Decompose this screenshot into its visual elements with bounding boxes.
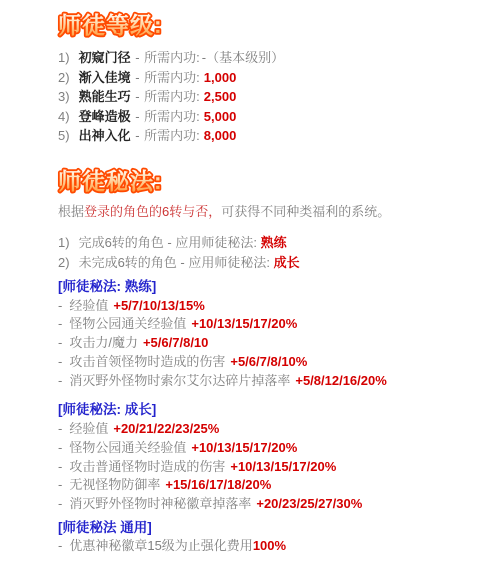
- page: 师徒等级: 1)初窥门径 - 所需内功:-（基本级别） 2)渐入佳境 - 所需内…: [0, 0, 500, 556]
- benefit-label: 攻击力/魔力: [69, 335, 138, 350]
- section-secret-title-text: 师徒秘法:: [58, 168, 163, 194]
- case-row: 2)未完成6转的角色 - 应用师徒秘法: 成长: [58, 253, 500, 273]
- level-name: 渐入佳境: [79, 70, 131, 85]
- benefit-value: +10/13/15/17/20%: [230, 459, 336, 474]
- benefit-row: -怪物公园通关经验值+10/13/15/17/20%: [58, 439, 500, 458]
- section-master-levels: 师徒等级: 1)初窥门径 - 所需内功:-（基本级别） 2)渐入佳境 - 所需内…: [58, 8, 500, 146]
- level-name: 出神入化: [79, 128, 131, 143]
- benefit-value: +5/8/12/16/20%: [295, 373, 386, 388]
- dash-separator: -: [135, 70, 139, 85]
- level-name: 登峰造极: [79, 109, 131, 124]
- benefit-label: 无视怪物防御率: [69, 477, 160, 492]
- level-num: 3): [58, 87, 70, 107]
- level-list: 1)初窥门径 - 所需内功:-（基本级别） 2)渐入佳境 - 所需内功:1,00…: [58, 48, 500, 146]
- dash-bullet: -: [58, 495, 62, 514]
- benefit-row: -无视怪物防御率+15/16/17/18/20%: [58, 476, 500, 495]
- benefit-value: +10/13/15/17/20%: [191, 316, 297, 331]
- benefit-label: 经验值: [69, 298, 108, 313]
- level-requirement-value: 5,000: [204, 109, 237, 124]
- intro-text: 根据登录的角色的6转与否，可获得不同种类福利的系统。: [58, 202, 500, 222]
- intro-post: 可获得不同种类福利的系统。: [221, 204, 390, 219]
- benefit-row: -经验值+20/21/22/23/25%: [58, 420, 500, 439]
- benefit-row: -优惠神秘徽章15级为止强化费用100%: [58, 537, 500, 556]
- benefit-label: 攻击普通怪物时造成的伤害: [69, 459, 225, 474]
- dash-bullet: -: [58, 476, 62, 495]
- level-num: 4): [58, 107, 70, 127]
- dash-separator: -: [135, 89, 139, 104]
- benefit-value: +5/6/7/8/10: [143, 335, 208, 350]
- level-name: 初窥门径: [79, 50, 131, 65]
- level-row: 3)熟能生巧 - 所需内功:2,500: [58, 87, 500, 107]
- level-requirement-value: 1,000: [204, 70, 237, 85]
- level-row: 5)出神入化 - 所需内功:8,000: [58, 126, 500, 146]
- dash-bullet: -: [58, 297, 62, 316]
- benefit-label: 攻击首领怪物时造成的伤害: [69, 354, 225, 369]
- benefit-row: -攻击普通怪物时造成的伤害+10/13/15/17/20%: [58, 458, 500, 477]
- benefit-label: 消灭野外怪物时索尔艾尔达碎片掉落率: [69, 373, 290, 388]
- case-num: 1): [58, 233, 70, 253]
- dash-bullet: -: [58, 372, 62, 391]
- benefit-value: +20/23/25/27/30%: [256, 496, 362, 511]
- section-secret-title: 师徒秘法:: [55, 164, 275, 196]
- benefit-label: 经验值: [69, 421, 108, 436]
- level-num: 5): [58, 126, 70, 146]
- section-levels-title: 师徒等级:: [55, 8, 275, 40]
- benefit-value: 100%: [253, 538, 286, 553]
- benefit-value: +5/7/10/13/15%: [113, 298, 204, 313]
- level-requirement-value: -（基本级别）: [202, 50, 284, 65]
- benefit-value: +20/21/22/23/25%: [113, 421, 219, 436]
- benefit-row: -攻击力/魔力+5/6/7/8/10: [58, 334, 500, 353]
- level-row: 4)登峰造极 - 所需内功:5,000: [58, 107, 500, 127]
- dash-bullet: -: [58, 458, 62, 477]
- group-header: [师徒秘法: 成长]: [58, 400, 500, 420]
- case-keyword: 成长: [274, 255, 300, 270]
- group-header: [师徒秘法 通用]: [58, 518, 500, 538]
- level-requirement-label: 所需内功:: [144, 70, 200, 85]
- section-secret-arts: 师徒秘法: 根据登录的角色的6转与否，可获得不同种类福利的系统。 1)完成6转的…: [58, 164, 500, 557]
- dash-bullet: -: [58, 315, 62, 334]
- benefit-group-mastery: [师徒秘法: 熟练] -经验值+5/7/10/13/15% -怪物公园通关经验值…: [58, 277, 500, 390]
- dash-separator: -: [135, 109, 139, 124]
- dash-bullet: -: [58, 420, 62, 439]
- level-requirement-label: 所需内功:: [144, 128, 200, 143]
- level-requirement-label: 所需内功:: [144, 89, 200, 104]
- case-list: 1)完成6转的角色 - 应用师徒秘法: 熟练 2)未完成6转的角色 - 应用师徒…: [58, 233, 500, 273]
- dash-bullet: -: [58, 537, 62, 556]
- group-header: [师徒秘法: 熟练]: [58, 277, 500, 297]
- benefit-row: -攻击首领怪物时造成的伤害+5/6/7/8/10%: [58, 353, 500, 372]
- case-row: 1)完成6转的角色 - 应用师徒秘法: 熟练: [58, 233, 500, 253]
- benefit-value: +5/6/7/8/10%: [230, 354, 307, 369]
- benefit-group-common: [师徒秘法 通用] -优惠神秘徽章15级为止强化费用100%: [58, 518, 500, 556]
- benefit-row: -消灭野外怪物时索尔艾尔达碎片掉落率+5/8/12/16/20%: [58, 372, 500, 391]
- level-row: 1)初窥门径 - 所需内功:-（基本级别）: [58, 48, 500, 68]
- dash-bullet: -: [58, 334, 62, 353]
- benefit-row: -怪物公园通关经验值+10/13/15/17/20%: [58, 315, 500, 334]
- dash-bullet: -: [58, 439, 62, 458]
- benefit-label: 怪物公园通关经验值: [69, 316, 186, 331]
- benefit-group-growth: [师徒秘法: 成长] -经验值+20/21/22/23/25% -怪物公园通关经…: [58, 400, 500, 513]
- dash-bullet: -: [58, 353, 62, 372]
- level-requirement-value: 2,500: [204, 89, 237, 104]
- case-num: 2): [58, 253, 70, 273]
- level-requirement-label: 所需内功:: [144, 50, 200, 65]
- benefit-row: -经验值+5/7/10/13/15%: [58, 297, 500, 316]
- benefit-label: 消灭野外怪物时神秘徽章掉落率: [69, 496, 251, 511]
- benefit-row: -消灭野外怪物时神秘徽章掉落率+20/23/25/27/30%: [58, 495, 500, 514]
- case-text: 完成6转的角色 - 应用师徒秘法:: [79, 235, 261, 250]
- level-num: 1): [58, 48, 70, 68]
- case-keyword: 熟练: [261, 235, 287, 250]
- dash-separator: -: [135, 128, 139, 143]
- level-row: 2)渐入佳境 - 所需内功:1,000: [58, 68, 500, 88]
- intro-pre: 根据: [58, 204, 84, 219]
- level-requirement-label: 所需内功:: [144, 109, 200, 124]
- benefit-label: 优惠神秘徽章15级为止强化费用: [69, 538, 252, 553]
- dash-separator: -: [135, 50, 139, 65]
- case-text: 未完成6转的角色 - 应用师徒秘法:: [79, 255, 274, 270]
- benefit-value: +15/16/17/18/20%: [165, 477, 271, 492]
- level-name: 熟能生巧: [79, 89, 131, 104]
- benefit-value: +10/13/15/17/20%: [191, 440, 297, 455]
- level-requirement-value: 8,000: [204, 128, 237, 143]
- level-num: 2): [58, 68, 70, 88]
- intro-highlight: 登录的角色的6转与否，: [84, 204, 221, 219]
- benefit-label: 怪物公园通关经验值: [69, 440, 186, 455]
- section-levels-title-text: 师徒等级:: [58, 12, 163, 38]
